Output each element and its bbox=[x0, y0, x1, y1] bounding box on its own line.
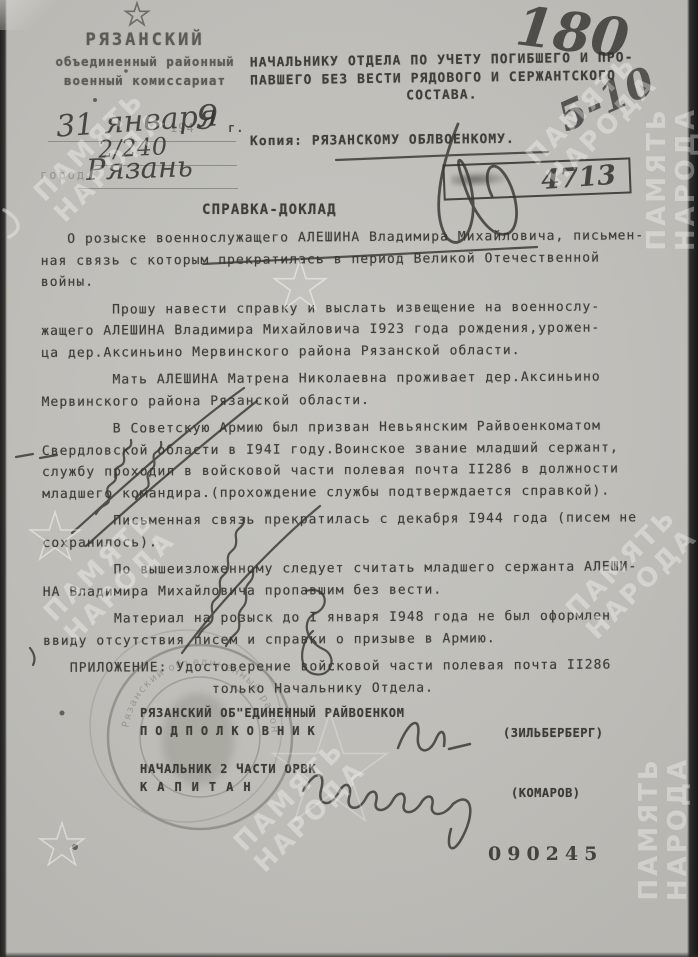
issuer-stamp-block: РЯЗАНСКИЙ объединенный районный военный … bbox=[40, 30, 250, 88]
watermark-memory-of-people: ПАМЯТЬНАРОДА bbox=[229, 735, 372, 878]
issuer-stamp-line2: объединенный районный bbox=[40, 54, 250, 69]
paragraph-service: В Советскую Армию был призван Невьянским… bbox=[42, 415, 693, 505]
handwritten-registry-number: 4713 bbox=[540, 160, 617, 196]
paragraph-conclusion: По вышеизложенному следует считать младш… bbox=[43, 556, 693, 603]
archive-stamp-number: 090245 bbox=[488, 843, 603, 865]
star-watermark-icon bbox=[40, 823, 84, 865]
signature-name1: (ЗИЛЬБЕРБЕРГ) bbox=[503, 726, 603, 740]
signature-name2: (КОМАРОВ) bbox=[511, 786, 581, 800]
stamp-star-icon bbox=[126, 3, 149, 25]
pencil-underline-copy bbox=[336, 152, 548, 160]
paper-corner-wear bbox=[0, 0, 58, 30]
paragraph-request: Прошу навести справку и выслать извещени… bbox=[41, 296, 691, 364]
signature-org-line2: НАЧАЛЬНИК 2 ЧАСТИ ОРВК bbox=[140, 762, 317, 776]
stamp-box-smudge bbox=[451, 170, 512, 188]
issuer-stamp-line3: военный комиссариат bbox=[40, 73, 250, 88]
copy-recipient-line: Копия: РЯЗАНСКОМУ ОБЛВОЕНКОМУ. bbox=[250, 132, 515, 149]
paragraph-correspondence: Письменная связь прекратилась с декабря … bbox=[42, 507, 692, 554]
handwritten-year-digit: 9 bbox=[195, 97, 219, 138]
signature-rank1: ПОДПОЛКОВНИК bbox=[140, 724, 323, 738]
paragraph-mother: Мать АЛЕШИНА Матрена Николаевна проживае… bbox=[41, 366, 691, 413]
scan-edge-left bbox=[0, 0, 7, 957]
document-body: О розыске военнослужащего АЛЕШИНА Владим… bbox=[41, 225, 694, 707]
issuer-stamp-line1: РЯЗАНСКИЙ bbox=[40, 30, 250, 50]
paragraph-attachment: ПРИЛОЖЕНИЕ: Удостоверение войсковой част… bbox=[43, 654, 693, 701]
scanned-document-page: Рязанский объединенный районный военный … bbox=[0, 0, 698, 957]
watermark-memory-of-people: ПАМЯТЬНАРОДА bbox=[635, 757, 693, 901]
scan-edge-bottom bbox=[0, 952, 698, 957]
printed-city-label: город bbox=[40, 168, 86, 182]
signature-scrawl-2 bbox=[303, 775, 470, 848]
paragraph-material: Материал на розыск до I января I948 года… bbox=[43, 605, 693, 652]
signature-org-line1: РЯЗАНСКИЙ ОБ"ЕДИНЕННЫЙ РАЙВОЕНКОМ bbox=[140, 706, 405, 720]
registry-stamp-box: 4713 bbox=[442, 157, 631, 200]
paragraph-subject: О розыске военнослужащего АЛЕШИНА Владим… bbox=[41, 225, 691, 293]
printed-year-suffix: г. bbox=[228, 121, 244, 135]
handwritten-city: Рязань bbox=[85, 149, 193, 187]
document-title: СПРАВКА-ДОКЛАД bbox=[202, 202, 337, 218]
signature-scrawl-1 bbox=[398, 723, 470, 750]
signature-rank2: КАПИТАН bbox=[140, 780, 261, 794]
